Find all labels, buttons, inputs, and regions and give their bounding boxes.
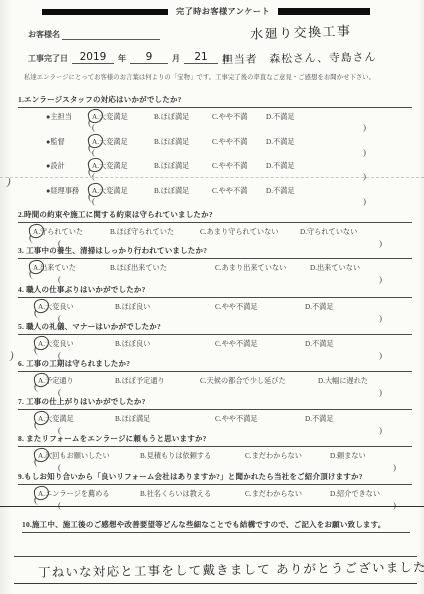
stray-pen-mark: ) <box>9 350 15 362</box>
option-a-circled: A.大変満足 <box>92 161 154 171</box>
header: 完了時お客様アンケート <box>0 6 424 17</box>
row-label: ●監督 <box>46 137 92 147</box>
option-a-circled: A.予定通り <box>38 376 115 386</box>
customer-name-blank-line <box>62 30 160 40</box>
date-month-unit: 月 <box>172 53 180 64</box>
option-d: D.不満足 <box>305 339 334 349</box>
option-b: B.ほぼ守られていた <box>110 227 200 237</box>
comment-parens: ( ) <box>18 148 412 157</box>
redaction-bar-right <box>278 8 370 15</box>
option-c: C.やや不満足 <box>215 414 305 424</box>
option-b: B.社名くらいは教える <box>140 489 245 499</box>
paren-close: ) <box>363 123 366 132</box>
question-4-heading: 4. 職人の仕事ぶりはいかがでしたか? <box>18 284 412 298</box>
option-a-circled: A.大変満足 <box>92 186 154 196</box>
intro-note: 私達エンラージにとってお客様のお言葉は何よりの「宝物」です。工事完了後の率直なご… <box>24 72 416 81</box>
question-5-heading: 5. 職人の礼儀、マナーはいかがでしたか? <box>18 321 412 335</box>
question-7-options: A.大変満足 B.ほぼ満足 C.やや不満足 D.不満足 <box>18 414 412 424</box>
option-b: B.見積もりは依頼する <box>140 451 245 461</box>
question-9-heading: 9.もしお知り合いから「良いリフォーム会社はありますか?」と聞かれたら当社をご紹… <box>18 471 412 485</box>
option-a-circled: A.出来ていた <box>33 263 110 273</box>
option-b: B.ほぼ満足 <box>154 137 212 147</box>
option-c: C.あまり守られていない <box>200 227 300 237</box>
completion-date-row: 工事完了日 2019 年 9 月 21 日 <box>28 52 230 64</box>
handwritten-comment: 丁ねいな対応と工事をして戴きまして ありがとうございました。 <box>38 557 424 581</box>
option-a-circled: A.大変良い <box>38 339 115 349</box>
comment-parens: ( ) <box>18 501 412 510</box>
question-1-row-supervisor: ●監督 A.大変満足 B.ほぼ満足 C.やや不満 D.不満足 <box>18 137 412 147</box>
option-b: B.ほぼ出来ていた <box>110 263 215 273</box>
stray-pen-mark: ) <box>6 176 12 189</box>
option-d: D.頼まない <box>330 451 366 461</box>
option-c: C.やや不満 <box>212 186 266 196</box>
option-a-circled: A.大変満足 <box>92 112 154 122</box>
option-c: C.やや不満 <box>212 161 266 171</box>
question-5: 5. 職人の礼儀、マナーはいかがでしたか? A.大変良い B.ほぼ良い C.やや… <box>18 321 412 360</box>
option-d: D.不満足 <box>266 161 295 171</box>
option-c: C.やや不満足 <box>215 339 305 349</box>
survey-title: 完了時お客様アンケート <box>176 6 270 17</box>
option-a-circled: A.守られていた <box>33 227 110 237</box>
option-d: D.紹介できない <box>330 489 380 499</box>
option-b: B.ほぼ良い <box>115 302 215 312</box>
paren-open: ( <box>58 501 61 510</box>
option-b: B.ほぼ満足 <box>154 112 212 122</box>
customer-name-row: お客様名 <box>28 29 160 40</box>
question-1-row-accounting: ●経理事務 A.大変満足 B.ほぼ満足 C.やや不満 D.不満足 <box>18 186 412 196</box>
staff-names-handwritten: 担当者 森松さん、寺島さん <box>222 49 376 68</box>
option-a-circled: A.エンラージを薦める <box>38 489 140 499</box>
question-3-heading: 3. 工事中の養生、清掃はしっかり行われていましたか? <box>18 245 412 259</box>
comment-parens: ( ) <box>18 275 412 284</box>
date-day-value: 21 <box>184 52 218 64</box>
completion-date-label: 工事完了日 <box>28 53 68 64</box>
option-d: D.大幅に遅れた <box>318 376 368 386</box>
option-d: D.守られていない <box>300 227 357 237</box>
option-c: C.あまり出来ていない <box>215 263 310 273</box>
option-a-circled: A.次回もお願いしたい <box>38 451 140 461</box>
question-3-options: A.出来ていた B.ほぼ出来ていた C.あまり出来ていない D.出来ていない <box>18 263 412 273</box>
option-a-circled: A.大変満足 <box>92 137 154 147</box>
redaction-bar-left <box>42 9 168 15</box>
question-4: 4. 職人の仕事ぶりはいかがでしたか? A.大変良い B.ほぼ良い C.やや不満… <box>18 284 412 323</box>
question-8-heading: 8. またリフォームをエンラージに頼もうと思いますか? <box>18 433 412 447</box>
scan-fold-line <box>0 177 424 178</box>
date-year-value: 2019 <box>72 52 114 64</box>
date-year-unit: 年 <box>118 53 126 64</box>
date-month-value: 9 <box>130 52 168 64</box>
paren-close: ) <box>379 275 382 284</box>
row-label: ●設計 <box>46 161 92 171</box>
question-6-heading: 6. 工事の工期は守られましたか? <box>18 358 412 372</box>
option-b: B.ほぼ良い <box>115 339 215 349</box>
paren-close: ) <box>393 501 396 510</box>
option-c: C.まだわからない <box>245 451 330 461</box>
option-d: D.不満足 <box>305 302 334 312</box>
option-d: D.不満足 <box>305 414 334 424</box>
question-2-heading: 2.時間の約束や施工に関する約束は守られていましたか? <box>18 209 412 223</box>
paren-open: ( <box>58 275 61 284</box>
question-10: 10.施工中、施工後のご感想や改善要望等どんな些細なことでも結構ですので、ご記入… <box>22 519 410 533</box>
row-label: ●経理事務 <box>46 186 92 196</box>
question-8-options: A.次回もお願いしたい B.見積もりは依頼する C.まだわからない D.頼まない <box>18 451 412 461</box>
question-9: 9.もしお知り合いから「良いリフォーム会社はありますか?」と聞かれたら当社をご紹… <box>18 471 412 510</box>
comment-ruled-line <box>14 583 417 584</box>
option-c: C.やや不満足 <box>215 302 305 312</box>
option-c: C.やや不満 <box>212 112 266 122</box>
question-4-options: A.大変良い B.ほぼ良い C.やや不満足 D.不満足 <box>18 302 412 312</box>
comment-parens: ( ) <box>18 123 412 132</box>
option-b: B.ほぼ満足 <box>115 414 215 424</box>
question-8: 8. またリフォームをエンラージに頼もうと思いますか? A.次回もお願いしたい … <box>18 433 412 472</box>
option-d: D.不満足 <box>266 186 295 196</box>
question-10-heading: 10.施工中、施工後のご感想や改善要望等どんな些細なことでも結構ですので、ご記入… <box>22 519 410 533</box>
question-5-options: A.大変良い B.ほぼ良い C.やや不満足 D.不満足 <box>18 339 412 349</box>
option-c: C.まだわからない <box>245 489 330 499</box>
option-a-circled: A.大変良い <box>38 302 115 312</box>
option-d: D.不満足 <box>266 137 295 147</box>
question-7: 7. 工事の仕上がりはいかがでしたか? A.大変満足 B.ほぼ満足 C.やや不満… <box>18 396 412 435</box>
option-c: C.やや不満 <box>212 137 266 147</box>
project-type-handwritten: 水廻り交換工事 <box>250 20 352 43</box>
paren-close: ) <box>363 197 366 206</box>
option-b: B.ほぼ予定通り <box>115 376 200 386</box>
question-1-heading: 1.エンラージスタッフの対応はいかがでしたか? <box>18 94 412 108</box>
section-separator-line <box>0 506 424 507</box>
question-2-options: A.守られていた B.ほぼ守られていた C.あまり守られていない D.守られてい… <box>18 227 412 237</box>
paren-close: ) <box>363 148 366 157</box>
option-d: D.不満足 <box>266 112 295 122</box>
question-1-row-design: ●設計 A.大変満足 B.ほぼ満足 C.やや不満 D.不満足 <box>18 161 412 171</box>
row-label: ●主担当 <box>46 112 92 122</box>
question-1: 1.エンラージスタッフの対応はいかがでしたか? ●主担当 A.大変満足 B.ほぼ… <box>18 94 412 206</box>
customer-name-label: お客様名 <box>28 29 60 40</box>
question-7-heading: 7. 工事の仕上がりはいかがでしたか? <box>18 396 412 410</box>
comment-ruled-line <box>14 556 417 557</box>
comment-parens: ( ) <box>18 197 412 206</box>
survey-form-page: 完了時お客様アンケート お客様名 水廻り交換工事 工事完了日 2019 年 9 … <box>0 0 424 594</box>
question-1-row-main-staff: ●主担当 A.大変満足 B.ほぼ満足 C.やや不満 D.不満足 <box>18 112 412 122</box>
question-3: 3. 工事中の養生、清掃はしっかり行われていましたか? A.出来ていた B.ほぼ… <box>18 245 412 284</box>
option-d: D.出来ていない <box>310 263 360 273</box>
option-a-circled: A.大変満足 <box>38 414 115 424</box>
option-b: B.ほぼ満足 <box>154 161 212 171</box>
question-6-options: A.予定通り B.ほぼ予定通り C.天候の都合で少し延びた D.大幅に遅れた <box>18 376 412 386</box>
option-c: C.天候の都合で少し延びた <box>200 376 318 386</box>
question-2: 2.時間の約束や施工に関する約束は守られていましたか? A.守られていた B.ほ… <box>18 209 412 248</box>
question-9-options: A.エンラージを薦める B.社名くらいは教える C.まだわからない D.紹介でき… <box>18 489 412 499</box>
option-b: B.ほぼ満足 <box>154 186 212 196</box>
question-6: 6. 工事の工期は守られましたか? A.予定通り B.ほぼ予定通り C.天候の都… <box>18 358 412 397</box>
